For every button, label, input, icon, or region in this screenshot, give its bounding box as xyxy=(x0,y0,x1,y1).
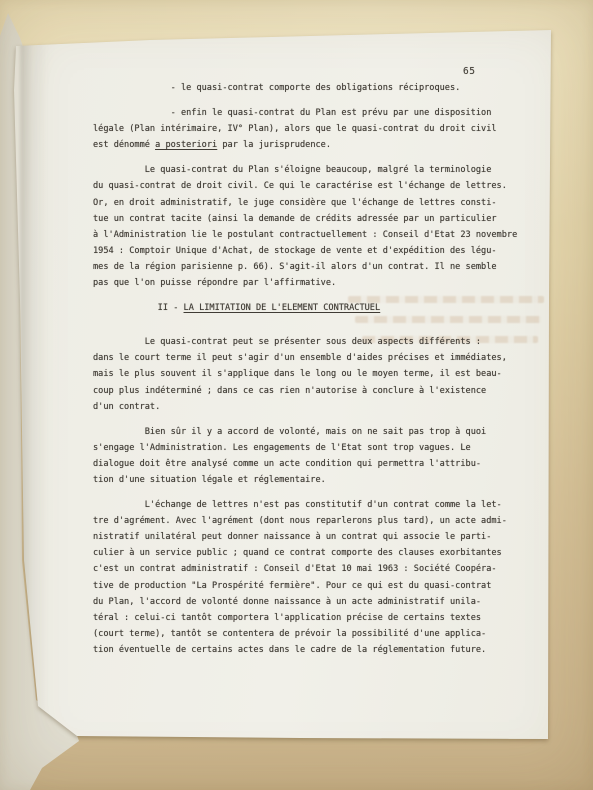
paragraph: Le quasi-contrat peut se présenter sous … xyxy=(93,334,531,414)
text-segment: culier à un service public ; quand ce co… xyxy=(93,548,502,558)
text-segment: pas que l'on puisse répondre par l'affir… xyxy=(93,278,336,288)
text-line: est dénommé a posteriori par la jurispru… xyxy=(93,137,531,153)
text-segment: Le quasi-contrat peut se présenter sous … xyxy=(145,337,481,347)
text-body: - le quasi-contrat comporte des obligati… xyxy=(93,80,531,658)
text-line: culier à un service public ; quand ce co… xyxy=(93,545,531,561)
text-segment: dialogue doit être analysé comme un acte… xyxy=(93,459,481,469)
paragraph: - le quasi-contrat comporte des obligati… xyxy=(93,80,531,96)
text-segment: est dénommé xyxy=(93,140,155,150)
text-segment: tion d'une situation légale et réglement… xyxy=(93,475,326,485)
text-segment: d'un contrat. xyxy=(93,402,160,412)
text-segment: nistratif unilatéral peut donner naissan… xyxy=(93,532,491,542)
text-line: tive de production "La Prospérité fermiè… xyxy=(93,578,531,594)
text-segment: à l'Administration lie le postulant cont… xyxy=(93,230,517,240)
section-heading: II - LA LIMITATION DE L'ELEMENT CONTRACT… xyxy=(93,300,531,316)
text-segment: (court terme), tantôt se contentera de p… xyxy=(93,629,486,639)
text-line: - le quasi-contrat comporte des obligati… xyxy=(93,80,531,96)
text-line: Le quasi-contrat du Plan s'éloigne beauc… xyxy=(93,162,531,178)
text-line: téral : celui-ci tantôt comportera l'app… xyxy=(93,610,531,626)
text-line: L'échange de lettres n'est pas constitut… xyxy=(93,497,531,513)
text-line: pas que l'on puisse répondre par l'affir… xyxy=(93,275,531,291)
text-segment: du quasi-contrat de droit civil. Ce qui … xyxy=(93,181,507,191)
text-segment: téral : celui-ci tantôt comportera l'app… xyxy=(93,613,481,623)
text-segment: Or, en droit administratif, le juge cons… xyxy=(93,198,497,208)
text-line: c'est un contrat administratif : Conseil… xyxy=(93,561,531,577)
text-line: tion éventuelle de certains actes dans l… xyxy=(93,642,531,658)
text-segment: coup plus indéterminé ; dans ce cas rien… xyxy=(93,386,486,396)
text-line: s'engage l'Administration. Les engagemen… xyxy=(93,440,531,456)
text-line: d'un contrat. xyxy=(93,399,531,415)
page-wrap: 65 - le quasi-contrat comporte des oblig… xyxy=(0,0,593,790)
text-line: - enfin le quasi-contrat du Plan est pré… xyxy=(93,105,531,121)
text-segment: mes de la région parisienne p. 66). S'ag… xyxy=(93,262,497,272)
text-line: légale (Plan intérimaire, IV° Plan), alo… xyxy=(93,121,531,137)
ghost-text-bleed xyxy=(3,400,9,530)
text-line: tion d'une situation légale et réglement… xyxy=(93,472,531,488)
text-segment: tre d'agrément. Avec l'agrément (dont no… xyxy=(93,516,507,526)
text-segment: tive de production "La Prospérité fermiè… xyxy=(93,581,491,591)
text-segment: par la jurisprudence. xyxy=(217,140,331,150)
text-segment: 1954 : Comptoir Unique d'Achat, de stock… xyxy=(93,246,497,256)
document-page: 65 - le quasi-contrat comporte des oblig… xyxy=(0,0,593,790)
text-segment: du Plan, l'accord de volonté donne naiss… xyxy=(93,597,481,607)
text-segment: s'engage l'Administration. Les engagemen… xyxy=(93,443,471,453)
text-line: à l'Administration lie le postulant cont… xyxy=(93,227,531,243)
text-segment: - le quasi-contrat comporte des obligati… xyxy=(171,83,461,93)
text-segment: Bien sûr il y a accord de volonté, mais … xyxy=(145,427,486,437)
text-segment: c'est un contrat administratif : Conseil… xyxy=(93,564,497,574)
page-number: 65 xyxy=(463,66,475,77)
text-line: Or, en droit administratif, le juge cons… xyxy=(93,195,531,211)
paragraph: - enfin le quasi-contrat du Plan est pré… xyxy=(93,105,531,153)
text-segment: - enfin le quasi-contrat du Plan est pré… xyxy=(171,108,492,118)
text-line: mes de la région parisienne p. 66). S'ag… xyxy=(93,259,531,275)
paragraph: Le quasi-contrat du Plan s'éloigne beauc… xyxy=(93,162,531,291)
text-line: coup plus indéterminé ; dans ce cas rien… xyxy=(93,383,531,399)
text-line: dialogue doit être analysé comme un acte… xyxy=(93,456,531,472)
text-line: II - LA LIMITATION DE L'ELEMENT CONTRACT… xyxy=(93,300,531,316)
text-line: tre d'agrément. Avec l'agrément (dont no… xyxy=(93,513,531,529)
text-segment: légale (Plan intérimaire, IV° Plan), alo… xyxy=(93,124,497,134)
text-line: Bien sûr il y a accord de volonté, mais … xyxy=(93,424,531,440)
text-line: (court terme), tantôt se contentera de p… xyxy=(93,626,531,642)
text-line: du Plan, l'accord de volonté donne naiss… xyxy=(93,594,531,610)
underlined-text: LA LIMITATION DE L'ELEMENT CONTRACTUEL xyxy=(184,303,381,313)
text-line: du quasi-contrat de droit civil. Ce qui … xyxy=(93,178,531,194)
text-line: 1954 : Comptoir Unique d'Achat, de stock… xyxy=(93,243,531,259)
book-photo: 65 - le quasi-contrat comporte des oblig… xyxy=(0,0,593,790)
text-segment: II - xyxy=(158,303,184,313)
paragraph: Bien sûr il y a accord de volonté, mais … xyxy=(93,424,531,488)
text-line: nistratif unilatéral peut donner naissan… xyxy=(93,529,531,545)
text-segment: dans le court terme il peut s'agir d'un … xyxy=(93,353,507,363)
underlined-text: a posteriori xyxy=(155,140,217,150)
text-segment: tion éventuelle de certains actes dans l… xyxy=(93,645,486,655)
text-segment: L'échange de lettres n'est pas constitut… xyxy=(145,500,502,510)
text-segment: Le quasi-contrat du Plan s'éloigne beauc… xyxy=(145,165,492,175)
text-line: mais le plus souvent il s'applique dans … xyxy=(93,366,531,382)
text-segment: mais le plus souvent il s'applique dans … xyxy=(93,369,502,379)
text-segment: tue un contrat tacite (ainsi la demande … xyxy=(93,214,497,224)
text-line: tue un contrat tacite (ainsi la demande … xyxy=(93,211,531,227)
gutter-crease xyxy=(20,42,48,712)
text-line: Le quasi-contrat peut se présenter sous … xyxy=(93,334,531,350)
paragraph: L'échange de lettres n'est pas constitut… xyxy=(93,497,531,658)
text-line: dans le court terme il peut s'agir d'un … xyxy=(93,350,531,366)
